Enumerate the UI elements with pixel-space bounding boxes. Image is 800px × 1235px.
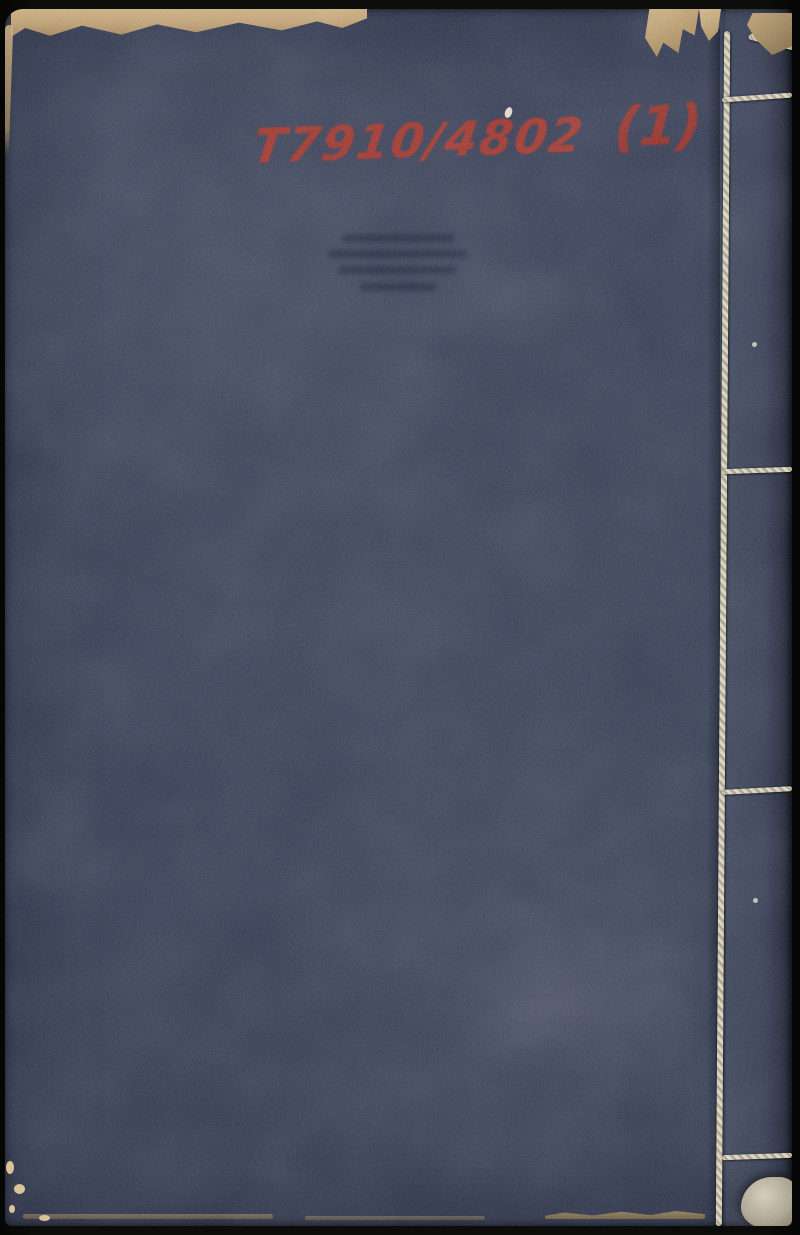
paint-chip [6, 1161, 14, 1174]
left-corner-wear [5, 25, 13, 155]
stamp-line [342, 234, 454, 242]
mottle-texture [5, 9, 792, 1226]
part-number: (1) [613, 93, 704, 159]
stamp-line [338, 266, 456, 274]
bottom-edge-wear [305, 1216, 485, 1220]
stamp-line [360, 283, 436, 291]
spine-strip [726, 9, 792, 1226]
paint-chip [39, 1215, 50, 1221]
paint-chip [14, 1184, 25, 1194]
white-speck [753, 898, 758, 903]
bottom-edge-wear [545, 1211, 705, 1219]
stamp-line [328, 250, 468, 258]
bottom-edge-wear [23, 1214, 273, 1219]
grain-texture [5, 9, 792, 1226]
faint-stamp [322, 228, 472, 306]
reference-number: T7910/4802 [249, 108, 587, 175]
paint-chip [9, 1205, 15, 1213]
white-speck [752, 342, 757, 347]
top-edge-wear [11, 9, 367, 37]
handwritten-reference: T7910/4802 (1) [252, 98, 684, 176]
file-cover: T7910/4802 (1) [5, 9, 792, 1226]
crease-highlight [424, 911, 727, 1106]
tape-remnant [645, 9, 699, 57]
scanned-file-cover: T7910/4802 (1) [0, 0, 800, 1235]
